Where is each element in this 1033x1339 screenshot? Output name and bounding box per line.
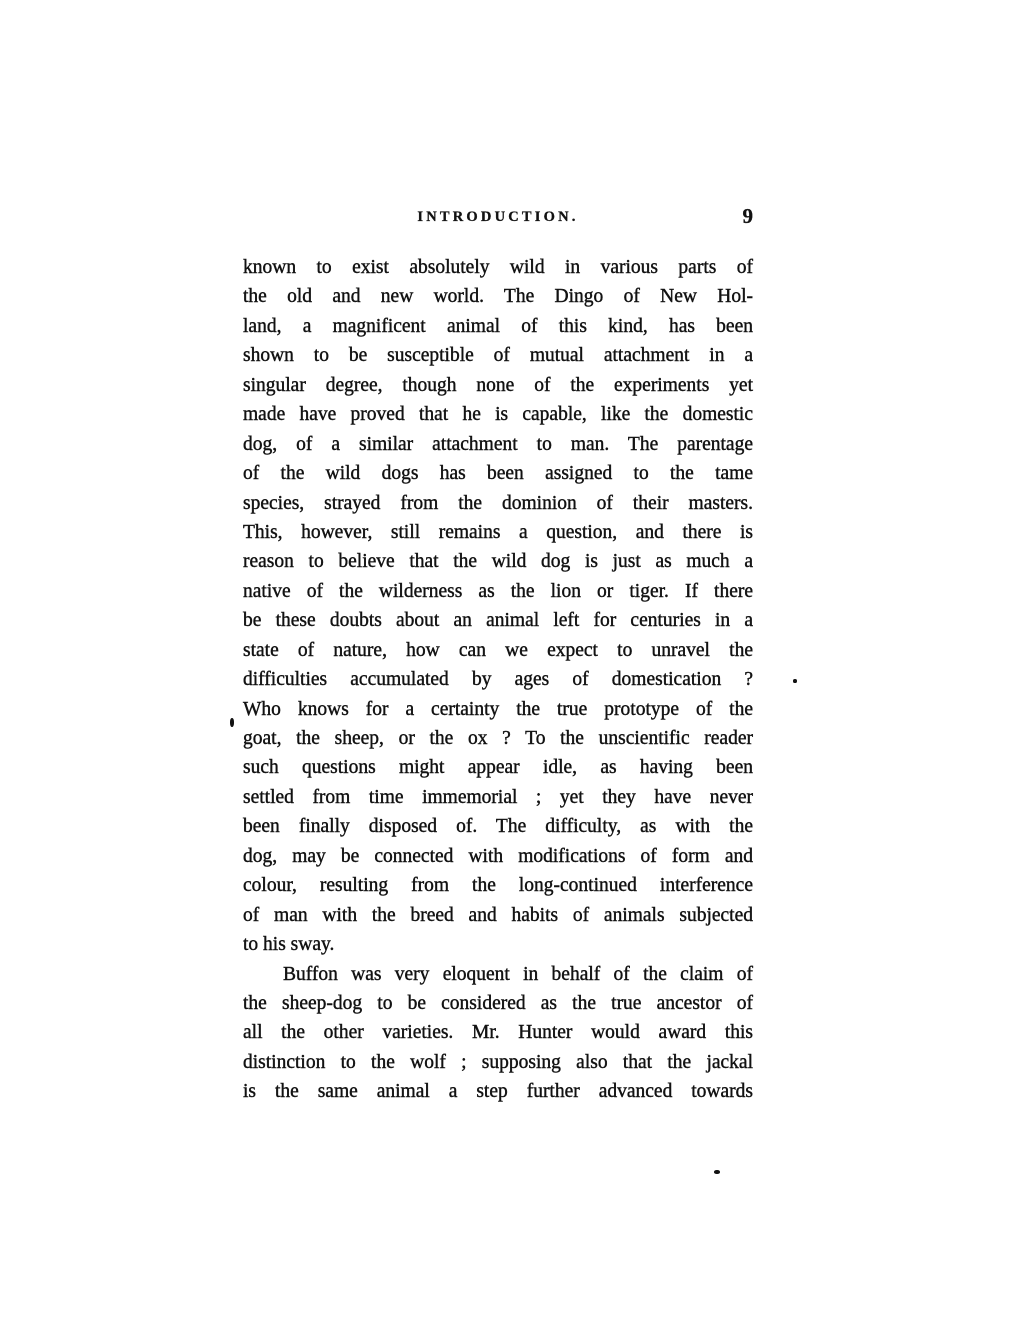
body-text: known to exist absolutely wild in variou…	[243, 253, 753, 1107]
running-title: INTRODUCTION.	[243, 209, 753, 226]
text-line: Who knows for a certainty the true proto…	[243, 695, 753, 724]
text-line: shown to be susceptible of mutual attach…	[243, 341, 753, 370]
text-line: all the other varieties. Mr. Hunter woul…	[243, 1018, 753, 1047]
text-line: state of nature, how can we expect to un…	[243, 636, 753, 665]
text-line: native of the wilderness as the lion or …	[243, 577, 753, 606]
text-line: settled from time immemorial ; yet they …	[243, 783, 753, 812]
text-line: made have proved that he is capable, lik…	[243, 400, 753, 429]
text-line: dog, may be connected with modifications…	[243, 842, 753, 871]
text-line: colour, resulting from the long-continue…	[243, 871, 753, 900]
text-line: land, a magnificent animal of this kind,…	[243, 312, 753, 341]
text-line: to his sway.	[243, 930, 753, 959]
text-line: species, strayed from the dominion of th…	[243, 489, 753, 518]
page-number: 9	[743, 204, 754, 229]
page-header: INTRODUCTION. 9	[243, 204, 753, 232]
text-line: the old and new world. The Dingo of New …	[243, 282, 753, 311]
text-line: distinction to the wolf ; supposing also…	[243, 1048, 753, 1077]
text-line: goat, the sheep, or the ox ? To the unsc…	[243, 724, 753, 753]
text-line: reason to believe that the wild dog is j…	[243, 547, 753, 576]
text-line: Buffon was very eloquent in behalf of th…	[243, 960, 753, 989]
text-line: be these doubts about an animal left for…	[243, 606, 753, 635]
text-line: the sheep-dog to be considered as the tr…	[243, 989, 753, 1018]
text-line: is the same animal a step further advanc…	[243, 1077, 753, 1106]
text-line: dog, of a similar attachment to man. The…	[243, 430, 753, 459]
text-line: singular degree, though none of the expe…	[243, 371, 753, 400]
text-line: known to exist absolutely wild in variou…	[243, 253, 753, 282]
text-line: such questions might appear idle, as hav…	[243, 753, 753, 782]
scan-speck	[714, 1170, 720, 1174]
text-line: of the wild dogs has been assigned to th…	[243, 459, 753, 488]
book-page: INTRODUCTION. 9 known to exist absolutel…	[0, 0, 1033, 1339]
scan-speck	[230, 718, 234, 727]
text-line: This, however, still remains a question,…	[243, 518, 753, 547]
scan-speck	[793, 679, 797, 683]
text-line: been finally disposed of. The difficulty…	[243, 812, 753, 841]
text-line: difficulties accumulated by ages of dome…	[243, 665, 753, 694]
text-line: of man with the breed and habits of anim…	[243, 901, 753, 930]
